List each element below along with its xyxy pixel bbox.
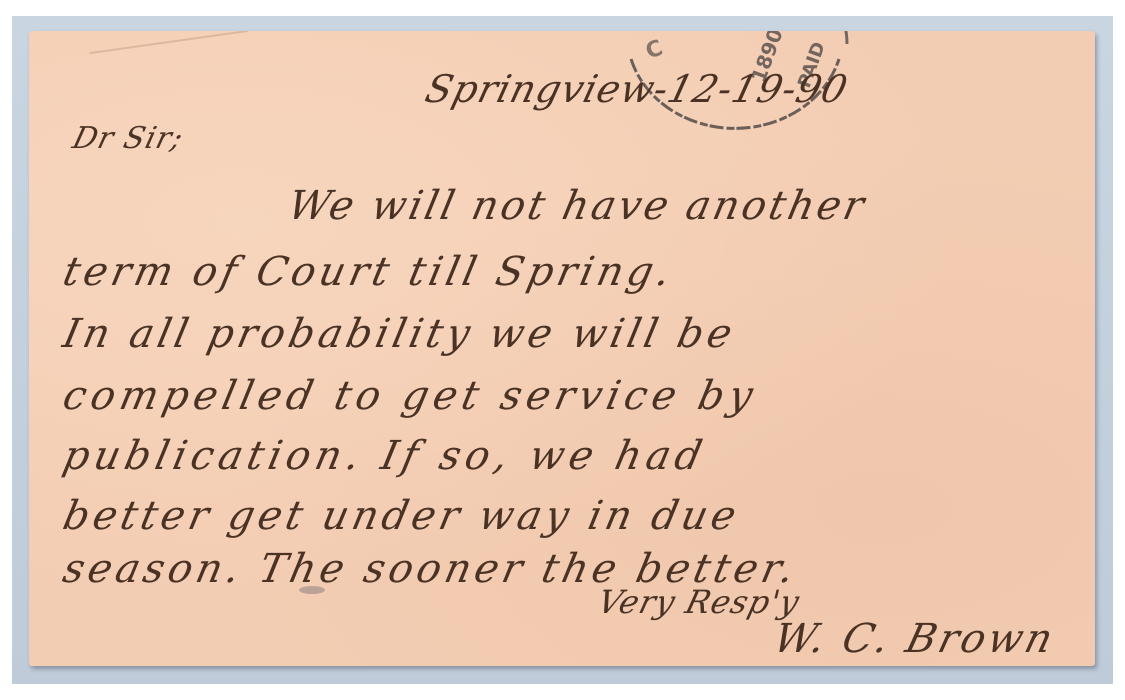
body-line: better get under way in due bbox=[59, 493, 744, 539]
signature: W. C. Brown bbox=[769, 616, 1060, 662]
dateline: Springview-12-19-90 bbox=[421, 67, 853, 111]
postmark-letter: C bbox=[643, 36, 667, 65]
body-line: We will not have another bbox=[284, 183, 871, 229]
body-line: publication. If so, we had bbox=[59, 433, 711, 479]
closing: Very Resp'y bbox=[594, 583, 804, 621]
salutation: Dr Sir; bbox=[69, 121, 187, 156]
body-line: In all probability we will be bbox=[59, 311, 740, 357]
paper-crease bbox=[90, 31, 249, 54]
body-line: compelled to get service by bbox=[59, 373, 762, 419]
postcard: C 1890 PAID Springview-12-19-90 Dr Sir; … bbox=[29, 31, 1095, 666]
body-line: term of Court till Spring. bbox=[59, 249, 678, 295]
ink-smudge bbox=[299, 586, 325, 594]
